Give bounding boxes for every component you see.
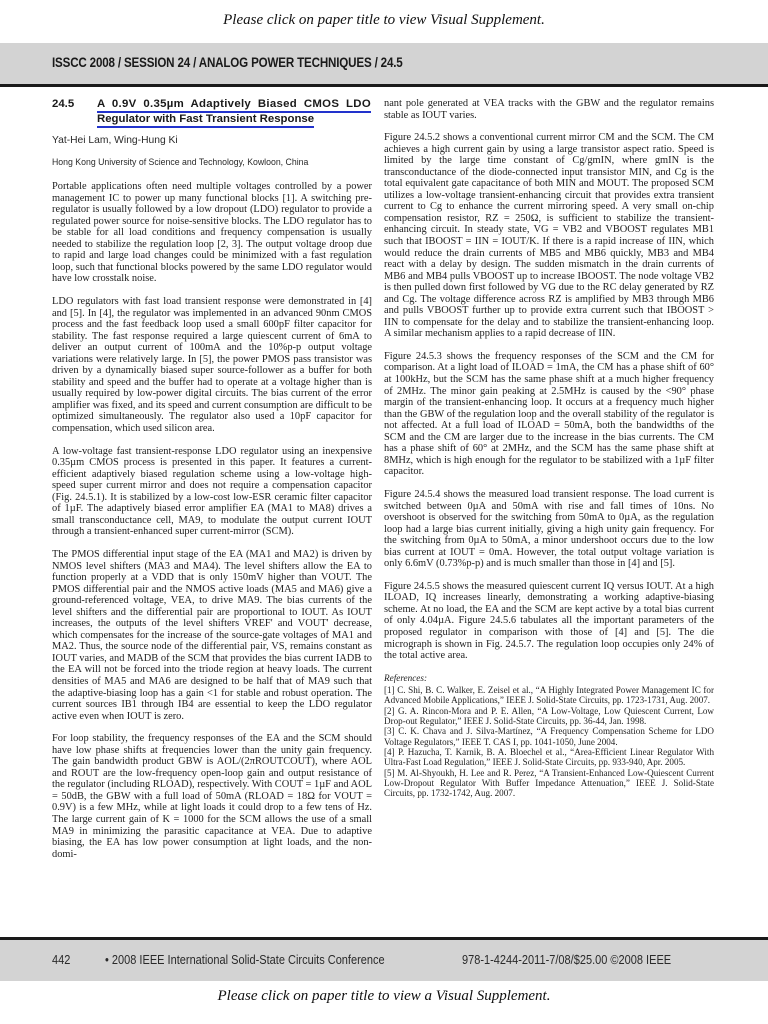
page-footer: 442 • 2008 IEEE International Solid-Stat…	[0, 937, 768, 981]
body-paragraph: The PMOS differential input stage of the…	[52, 549, 372, 722]
references-heading: References:	[384, 673, 714, 685]
body-paragraph: LDO regulators with fast load transient …	[52, 296, 372, 435]
visual-supplement-note-bottom: Please click on paper title to view a Vi…	[0, 988, 768, 1005]
paper-title-line-1[interactable]: A 0.9V 0.35µm Adaptively Biased CMOS LDO	[97, 98, 371, 113]
body-paragraph: A low-voltage fast transient-response LD…	[52, 446, 372, 538]
visual-supplement-note-top: Please click on paper title to view Visu…	[0, 12, 768, 29]
reference-item: [2] G. A. Rincon-Mora and P. E. Allen, “…	[384, 706, 714, 727]
conference-name: • 2008 IEEE International Solid-State Ci…	[105, 953, 385, 967]
body-paragraph: Portable applications often need multipl…	[52, 181, 372, 285]
body-paragraph: Figure 24.5.2 shows a conventional curre…	[384, 132, 714, 340]
session-header: ISSCC 2008 / SESSION 24 / ANALOG POWER T…	[0, 43, 768, 87]
reference-item: [1] C. Shi, B. C. Walker, E. Zeisel et a…	[384, 685, 714, 706]
left-column: 24.5 A 0.9V 0.35µm Adaptively Biased CMO…	[52, 98, 372, 871]
copyright-notice: 978-1-4244-2011-7/08/$25.00 ©2008 IEEE	[462, 953, 671, 967]
paper-affiliation: Hong Kong University of Science and Tech…	[52, 157, 356, 169]
page-number: 442	[52, 953, 70, 967]
paper-title-block: 24.5 A 0.9V 0.35µm Adaptively Biased CMO…	[52, 98, 372, 128]
session-header-text: ISSCC 2008 / SESSION 24 / ANALOG POWER T…	[52, 55, 403, 70]
paper-title-link[interactable]: A 0.9V 0.35µm Adaptively Biased CMOS LDO…	[97, 98, 371, 128]
paper-title-line-2[interactable]: Regulator with Fast Transient Response	[97, 113, 314, 128]
reference-item: [5] M. Al-Shyoukh, H. Lee and R. Perez, …	[384, 768, 714, 799]
body-paragraph: nant pole generated at VEA tracks with t…	[384, 98, 714, 121]
body-paragraph: Figure 24.5.3 shows the frequency respon…	[384, 351, 714, 478]
reference-item: [4] P. Hazucha, T. Karnik, B. A. Bloeche…	[384, 747, 714, 768]
body-paragraph: Figure 24.5.5 shows the measured quiesce…	[384, 581, 714, 662]
reference-item: [3] C. K. Chava and J. Silva-Martínez, “…	[384, 726, 714, 747]
paper-number: 24.5	[52, 98, 74, 111]
paper-authors: Yat-Hei Lam, Wing-Hung Ki	[52, 135, 372, 147]
right-column: nant pole generated at VEA tracks with t…	[384, 98, 714, 798]
body-paragraph: Figure 24.5.4 shows the measured load tr…	[384, 489, 714, 570]
body-paragraph: For loop stability, the frequency respon…	[52, 733, 372, 860]
